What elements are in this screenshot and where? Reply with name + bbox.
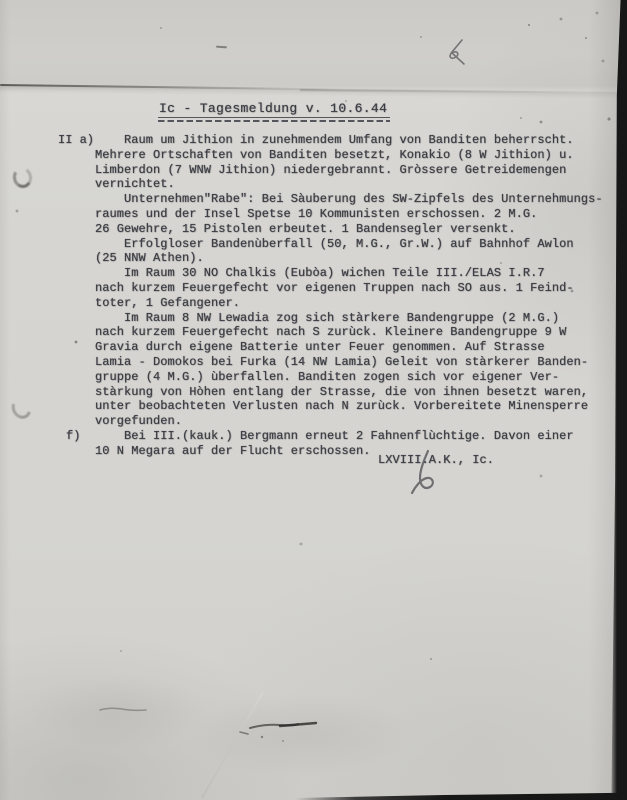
scan-border-right [610, 0, 627, 800]
section-text-f: Bei III.(kauk.) Bergmann erneut 2 Fahnen… [95, 429, 574, 459]
punch-hole-bottom [8, 394, 35, 422]
pencil-dash-mark [216, 46, 227, 48]
handwritten-signature-stroke [405, 445, 450, 505]
bottom-smudge-marks [80, 690, 350, 750]
punch-hole-top [11, 165, 34, 189]
handwritten-checkmark [443, 37, 477, 71]
section-text-iia: Raum um Jithion in zunehmendem Umfang vo… [95, 133, 603, 429]
scan-border-bottom [295, 791, 627, 800]
section-label-iia: II a) [58, 133, 94, 148]
scanned-page: Ic - Tagesmeldung v. 10.6.44 II a) Raum … [0, 0, 627, 800]
document-title: Ic - Tagesmeldung v. 10.6.44 [158, 101, 390, 118]
scan-specks [0, 0, 2, 2]
section-label-f: f) [66, 429, 80, 444]
